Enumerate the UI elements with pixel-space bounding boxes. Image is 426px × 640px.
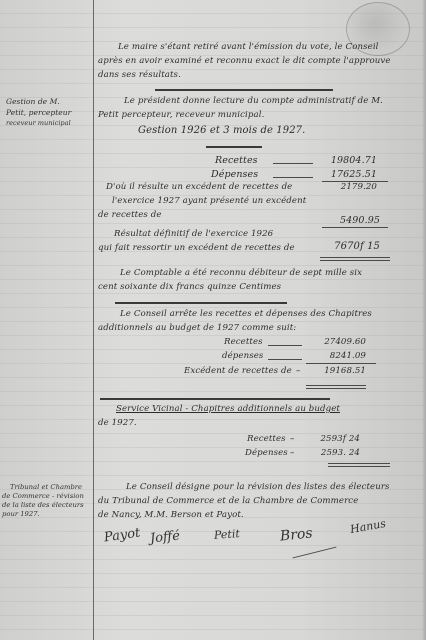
- account2-recettes-value: 27409.60: [310, 337, 366, 347]
- account1-excess-text-1: D'où il résulte un excédent de recettes …: [106, 182, 292, 192]
- section-divider: [100, 398, 330, 400]
- p1-line-2: après en avoir examiné et reconnu exact …: [98, 56, 391, 66]
- signature-hanus: Hanus: [349, 517, 387, 536]
- account1-recettes-label: Recettes: [215, 155, 258, 166]
- margin-note-line: Petit, percepteur: [6, 107, 71, 118]
- margin-note-line: pour 1927.: [2, 510, 84, 519]
- dash: –: [290, 434, 294, 444]
- p3-line-1: Le Comptable a été reconnu débiteur de s…: [120, 268, 362, 278]
- p3-line-2: cent soixante dix francs quinze Centimes: [98, 282, 281, 292]
- account2-depenses-label: dépenses: [222, 351, 263, 361]
- sum-line: [322, 227, 388, 228]
- account1-excess-text-3: de recettes de: [98, 210, 162, 220]
- account2-excess-value: 19168.51: [310, 366, 366, 376]
- dash-line: [268, 359, 302, 360]
- margin-note-line: de Commerce - révision: [2, 492, 84, 501]
- p4-line-2: additionnels au budget de 1927 comme sui…: [98, 323, 296, 333]
- margin-note-gestion: Gestion de M. Petit, percepteur receveur…: [6, 96, 71, 129]
- account1-excess-value: 2179.20: [325, 182, 377, 192]
- page-edge: [422, 0, 426, 640]
- account2-excess-label: Excédent de recettes de: [184, 366, 292, 376]
- signature-petit: Petit: [214, 527, 241, 542]
- p5-line-2: de 1927.: [98, 418, 137, 428]
- account1-result-text-1: Résultat définitif de l'exercice 1926: [114, 229, 273, 239]
- margin-note-line: receveur municipal: [6, 118, 71, 129]
- p1-line-1: Le maire s'étant retiré avant l'émission…: [118, 42, 379, 52]
- account3-recettes-value: 2593f 24: [305, 434, 360, 444]
- account1-result-value: 7670f 15: [325, 241, 380, 252]
- signature-joffe: Joffé: [149, 528, 180, 546]
- account1-excess-text-2: l'exercice 1927 ayant présenté un excéde…: [112, 196, 306, 206]
- dash: –: [290, 448, 294, 458]
- p5-line-1: Service Vicinal - Chapitres additionnels…: [116, 404, 340, 414]
- p6-line-2: du Tribunal de Commerce et de la Chambre…: [98, 496, 358, 506]
- margin-note-line: Gestion de M.: [6, 96, 71, 107]
- account2-recettes-label: Recettes: [224, 337, 263, 347]
- dash-line: [273, 177, 313, 178]
- p6-line-1: Le Conseil désigne pour la révision des …: [126, 482, 390, 492]
- double-line: [306, 388, 366, 389]
- double-line: [320, 260, 390, 261]
- account1-depenses-value: 17625.51: [325, 169, 377, 180]
- account3-depenses-label: Dépenses: [245, 448, 288, 458]
- dash-line: [268, 345, 302, 346]
- dash-line: [273, 163, 313, 164]
- account3-recettes-label: Recettes: [247, 434, 286, 444]
- margin-rule: [93, 0, 94, 640]
- p2-line-1: Le président donne lecture du compte adm…: [124, 96, 383, 106]
- account1-depenses-label: Dépenses: [211, 169, 258, 180]
- double-line: [320, 257, 390, 258]
- section-divider: [115, 302, 287, 304]
- account1-prior-value: 5490.95: [325, 215, 380, 226]
- section-divider: [206, 146, 262, 148]
- account2-depenses-value: 8241.09: [310, 351, 366, 361]
- margin-note-tribunal: Tribunal et Chambre de Commerce - révisi…: [2, 483, 84, 519]
- p1-line-3: dans ses résultats.: [98, 70, 181, 80]
- document-page: Gestion de M. Petit, percepteur receveur…: [0, 0, 426, 640]
- p2-gestion: Gestion 1926 et 3 mois de 1927.: [138, 125, 305, 136]
- double-line: [328, 463, 390, 464]
- account1-result-text-2: qui fait ressortir un excédent de recett…: [98, 243, 295, 253]
- dash: –: [296, 366, 300, 376]
- margin-note-line: de la liste des électeurs: [2, 501, 84, 510]
- section-divider: [155, 89, 333, 91]
- account3-depenses-value: 2593. 24: [305, 448, 360, 458]
- signature-flourish: [293, 547, 337, 559]
- p6-line-3: de Nancy, M.M. Berson et Payot.: [98, 510, 244, 520]
- double-line: [328, 466, 390, 467]
- signature-bros: Bros: [279, 525, 313, 544]
- p4-line-1: Le Conseil arrête les recettes et dépens…: [120, 309, 372, 319]
- p2-line-2: Petit percepteur, receveur municipal.: [98, 110, 264, 120]
- signature-payot: Payot: [103, 526, 141, 546]
- double-line: [306, 385, 366, 386]
- account1-recettes-value: 19804.71: [325, 155, 377, 166]
- margin-note-line: Tribunal et Chambre: [2, 483, 84, 492]
- sum-line: [306, 363, 376, 364]
